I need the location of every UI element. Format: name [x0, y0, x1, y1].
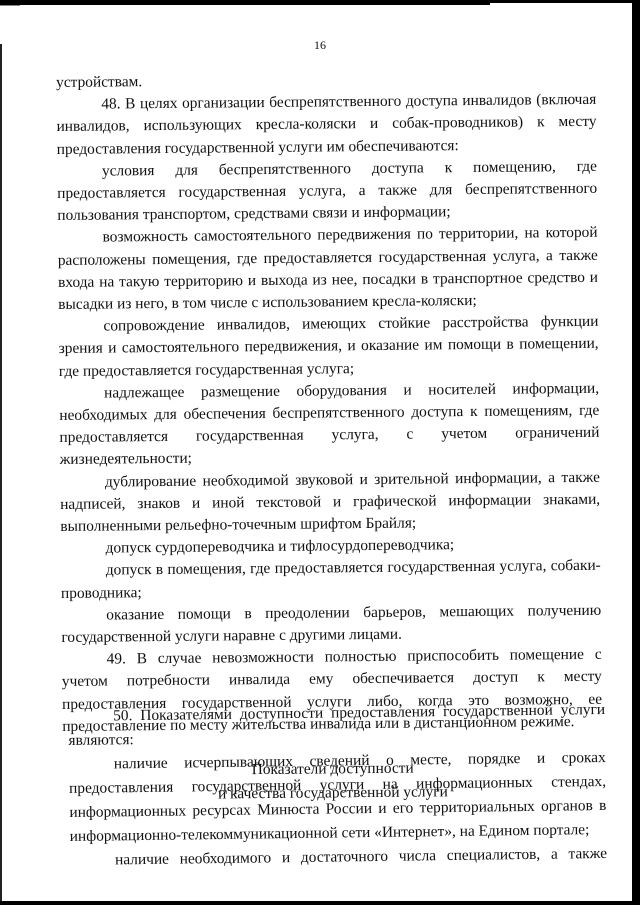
page-number: 16 [0, 38, 640, 53]
scan-border-bottom [0, 901, 640, 905]
paragraph-48-item-barriers: оказание помощи в преодолении барьеров, … [61, 600, 601, 650]
scan-border-top-right [490, 0, 640, 3]
paragraph-50: 50. Показателями доступности предоставле… [68, 698, 606, 753]
paragraph-48-item-braille: дублирование необходимой звуковой и зрит… [60, 466, 601, 538]
scan-artifact [0, 5, 20, 6]
paragraph-48-item-guide-dog: допуск в помещения, где предоставляется … [61, 555, 601, 605]
document-body-bottom: 50. Показателями доступности предоставле… [68, 698, 607, 873]
scan-border-right [632, 0, 640, 905]
paragraph-48-item-escort: сопровождение инвалидов, имеющих стойкие… [58, 311, 599, 383]
scan-border-left [0, 44, 2, 905]
paragraph-48-item-equipment: надлежащее размещение оборудования и нос… [59, 378, 600, 472]
paragraph-50-item-info: наличие исчерпывающих сведений о месте, … [69, 746, 607, 849]
paragraph-48-item-movement: возможность самостоятельного передвижени… [57, 222, 598, 316]
scan-border-top [0, 0, 490, 5]
document-body-top: устройствам. 48. В целях организации бес… [56, 67, 603, 808]
paragraph-48: 48. В целях организации беспрепятственно… [56, 89, 597, 161]
paragraph-48-item-conditions: условия для беспрепятственного доступа к… [57, 156, 598, 228]
